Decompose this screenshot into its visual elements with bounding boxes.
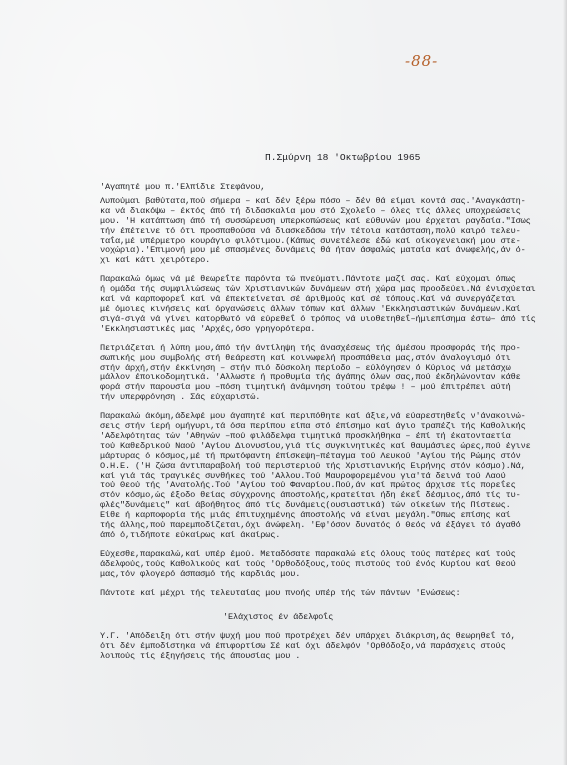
text-line: μας,τόν φλογερό άσπασμό τής καρδιάς μου.: [100, 570, 530, 580]
paragraph-1: Λυπούμαι βαθύτατα,πού σήμερα – καί δέν ξ…: [100, 197, 530, 266]
postscript: Υ.Γ. 'Απόδειξη ότι στήν ψυχή μου πού προ…: [100, 632, 530, 662]
paragraph-5: Εύχεσθε,παρακαλώ,καί υπέρ έμού. Μεταδόσα…: [100, 550, 530, 580]
letter-body: 'Αγαπητέ μου π.'Ελπίδιε Στεφάνου, Λυπούμ…: [100, 183, 530, 671]
text-line: χι καί κάτι χειρότερο.: [100, 256, 530, 266]
date-line: Π.Σμύρνη 18 'Οκτωβρίου 1965: [265, 152, 420, 163]
text-line: τήν υπερφρόνηση . Σάς εύχαριστώ.: [100, 393, 530, 403]
salutation: 'Αγαπητέ μου π.'Ελπίδιε Στεφάνου,: [100, 183, 530, 193]
text-line: λοιπούς τίς έξηγήσεις τής άπουσίας μου .: [100, 652, 530, 662]
signature: 'Ελάχιστος έν άδελφοΐς: [223, 613, 530, 623]
typewritten-letter-page: -88- Π.Σμύρνη 18 'Οκτωβρίου 1965 'Αγαπητ…: [0, 0, 567, 765]
paragraph-4: Παρακαλώ άκόμη,άδελφέ μου άγαπητέ καί πε…: [100, 412, 530, 541]
text-line: σωπικής μου συμβολής στή θεάρεστη καί κο…: [100, 354, 530, 364]
text-line: 'Εκκλησιαστικές μας 'Αρχές,όσο γρηγορότε…: [100, 325, 530, 335]
paper-edge-shadow: [563, 0, 567, 765]
paragraph-3: Πετριάζεται ή λύπη μου,άπό τήν άντίληψη …: [100, 344, 530, 403]
handwritten-page-number: -88-: [405, 52, 438, 70]
text-line: άπό ό,τιδήποτε εύκαίρως καί άκαίρως.: [100, 531, 530, 541]
paragraph-2: Παρακαλώ όμως νά μέ θεωρεΐτε παρόντα τώ …: [100, 275, 530, 334]
closing-line: Πάντοτε καί μέχρι τής τελευταίας μου πνο…: [100, 589, 530, 599]
